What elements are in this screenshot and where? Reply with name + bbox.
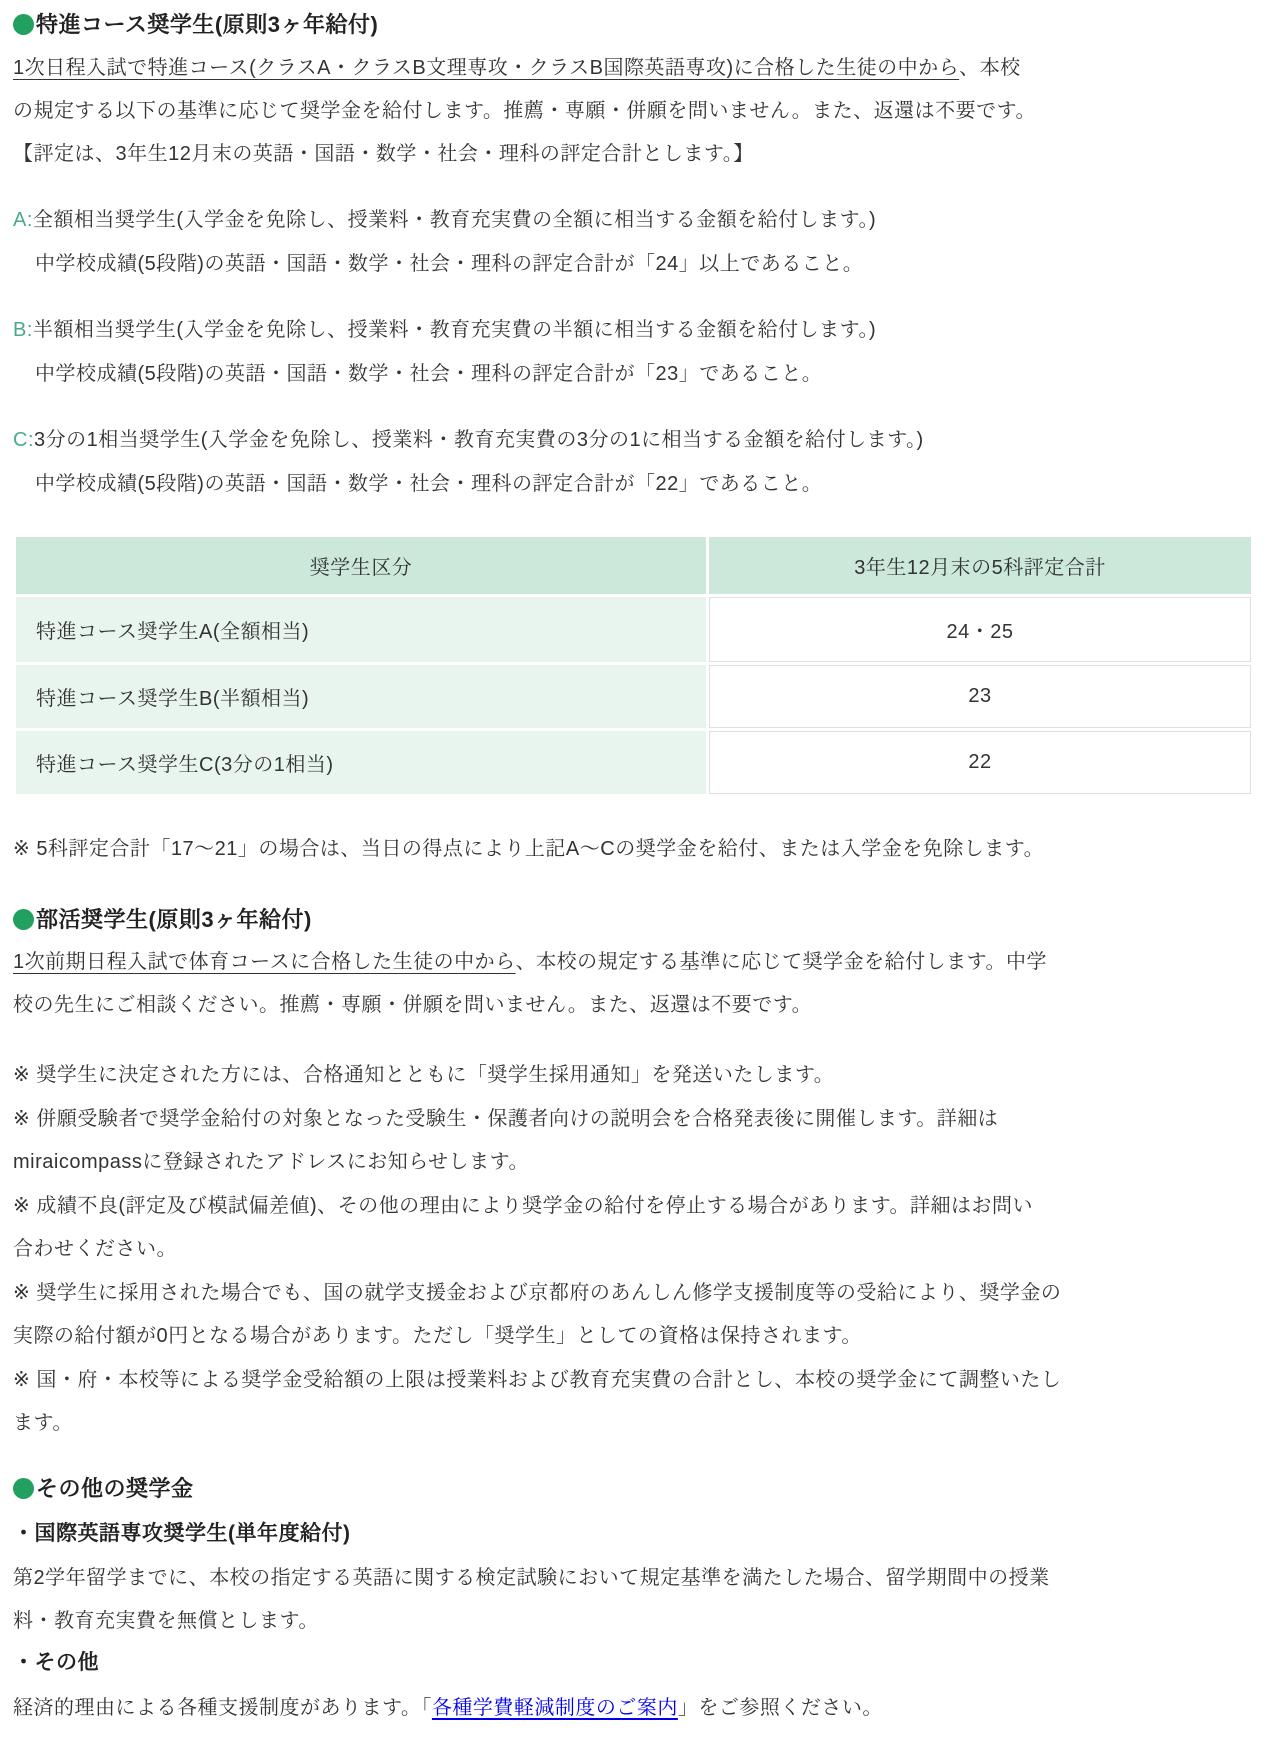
tier-a-letter: A: bbox=[13, 209, 33, 231]
table-cell-label-c: 特進コース奨学生C(3分の1相当) bbox=[16, 731, 706, 794]
other-heading-text: その他の奨学金 bbox=[36, 1476, 194, 1501]
tier-c-letter: C: bbox=[13, 429, 34, 451]
final-text-after: 」をご参照ください。 bbox=[678, 1697, 883, 1719]
tier-a-line1: 全額相当奨学生(入学金を免除し、授業料・教育充実費の全額に相当する金額を給付しま… bbox=[33, 209, 876, 231]
table-row: 特進コース奨学生A(全額相当) 24・25 bbox=[16, 597, 1251, 662]
tokushin-intro-line3: 【評定は、3年生12月末の英語・国語・数学・社会・理科の評定合計とします。】 bbox=[13, 143, 754, 165]
green-bullet-icon bbox=[13, 1478, 34, 1499]
table-cell-value-c: 22 bbox=[709, 731, 1251, 794]
note-item: ※ 成績不良(評定及び模試偏差値)、その他の理由により奨学金の給付を停止する場合… bbox=[13, 1185, 1254, 1272]
buka-intro-rest: 、本校の規定する基準に応じて奨学金を給付します。中学 bbox=[516, 951, 1047, 973]
subsection-title-other: ・その他 bbox=[13, 1649, 1254, 1677]
note-item: ※ 奨学生に決定された方には、合格通知とともに「奨学生採用通知」を発送いたします… bbox=[13, 1054, 1254, 1098]
note-item: ※ 国・府・本校等による奨学金受給額の上限は授業料および教育充実費の合計とし、本… bbox=[13, 1359, 1254, 1446]
tokushin-intro-line2: の規定する以下の基準に応じて奨学金を給付します。推薦・専願・併願を問いません。ま… bbox=[13, 100, 1036, 122]
table-row: 特進コース奨学生C(3分の1相当) 22 bbox=[16, 731, 1251, 794]
tier-b-line2: 中学校成績(5段階)の英語・国語・数学・社会・理科の評定合計が「23」であること… bbox=[13, 363, 822, 385]
tier-a-line2: 中学校成績(5段階)の英語・国語・数学・社会・理科の評定合計が「24」以上である… bbox=[13, 253, 863, 275]
table-header-score: 3年生12月末の5科評定合計 bbox=[709, 537, 1251, 594]
scholarship-table: 奨学生区分 3年生12月末の5科評定合計 特進コース奨学生A(全額相当) 24・… bbox=[13, 534, 1254, 797]
financial-support-line: 経済的理由による各種支援制度があります。「各種学費軽減制度のご案内」をご参照くだ… bbox=[13, 1687, 1254, 1730]
tier-c-line2: 中学校成績(5段階)の英語・国語・数学・社会・理科の評定合計が「22」であること… bbox=[13, 473, 822, 495]
table-row: 特進コース奨学生B(半額相当) 23 bbox=[16, 665, 1251, 728]
tier-b-letter: B: bbox=[13, 319, 33, 341]
fee-reduction-link[interactable]: 各種学費軽減制度のご案内 bbox=[432, 1697, 678, 1719]
tokushin-heading-text: 特進コース奨学生(原則3ヶ年給付) bbox=[36, 12, 378, 37]
subsection-title-intl-english: ・国際英語専攻奨学生(単年度給付) bbox=[13, 1520, 1254, 1548]
table-header-category: 奨学生区分 bbox=[16, 537, 706, 594]
buka-intro-line2: 校の先生にご相談ください。推薦・専願・併願を問いません。また、返還は不要です。 bbox=[13, 994, 812, 1016]
buka-intro-underlined: 1次前期日程入試で体育コースに合格した生徒の中から bbox=[13, 951, 516, 973]
buka-heading-text: 部活奨学生(原則3ヶ年給付) bbox=[36, 907, 312, 932]
tokushin-section-heading: 特進コース奨学生(原則3ヶ年給付) bbox=[13, 10, 1254, 40]
tier-b: B:半額相当奨学生(入学金を免除し、授業料・教育充実費の半額に相当する金額を給付… bbox=[13, 308, 1254, 396]
tokushin-intro-paragraph: 1次日程入試で特進コース(クラスA・クラスB文理専攻・クラスB国際英語専攻)に合… bbox=[13, 47, 1254, 176]
final-text-before: 経済的理由による各種支援制度があります。「 bbox=[13, 1697, 432, 1719]
intl-english-body: 第2学年留学までに、本校の指定する英語に関する検定試験において規定基準を満たした… bbox=[13, 1557, 1254, 1643]
table-cell-label-a: 特進コース奨学生A(全額相当) bbox=[16, 597, 706, 662]
scholarship-info-page: 特進コース奨学生(原則3ヶ年給付) 1次日程入試で特進コース(クラスA・クラスB… bbox=[0, 0, 1280, 1744]
score-range-note: ※ 5科評定合計「17〜21」の場合は、当日の得点により上記A〜Cの奨学金を給付… bbox=[13, 835, 1254, 863]
table-cell-value-b: 23 bbox=[709, 665, 1251, 728]
tier-c-line1: 3分の1相当奨学生(入学金を免除し、授業料・教育充実費の3分の1に相当する金額を… bbox=[34, 429, 924, 451]
tokushin-intro-underlined: 1次日程入試で特進コース(クラスA・クラスB文理専攻・クラスB国際英語専攻)に合… bbox=[13, 57, 959, 79]
notes-list: ※ 奨学生に決定された方には、合格通知とともに「奨学生採用通知」を発送いたします… bbox=[13, 1054, 1254, 1446]
tier-c: C:3分の1相当奨学生(入学金を免除し、授業料・教育充実費の3分の1に相当する金… bbox=[13, 418, 1254, 506]
note-item: ※ 奨学生に採用された場合でも、国の就学支援金および京都府のあんしん修学支援制度… bbox=[13, 1272, 1254, 1359]
buka-intro-paragraph: 1次前期日程入試で体育コースに合格した生徒の中から、本校の規定する基準に応じて奨… bbox=[13, 941, 1254, 1027]
tokushin-intro-rest: 、本校 bbox=[959, 57, 1021, 79]
table-header-row: 奨学生区分 3年生12月末の5科評定合計 bbox=[16, 537, 1251, 594]
tier-a: A:全額相当奨学生(入学金を免除し、授業料・教育充実費の全額に相当する金額を給付… bbox=[13, 198, 1254, 286]
green-bullet-icon bbox=[13, 14, 34, 35]
table-cell-value-a: 24・25 bbox=[709, 597, 1251, 662]
buka-section-heading: 部活奨学生(原則3ヶ年給付) bbox=[13, 905, 1254, 935]
tier-b-line1: 半額相当奨学生(入学金を免除し、授業料・教育充実費の半額に相当する金額を給付しま… bbox=[33, 319, 876, 341]
green-bullet-icon bbox=[13, 909, 34, 930]
note-item: ※ 併願受験者で奨学金給付の対象となった受験生・保護者向けの説明会を合格発表後に… bbox=[13, 1098, 1254, 1185]
other-section-heading: その他の奨学金 bbox=[13, 1474, 1254, 1504]
table-cell-label-b: 特進コース奨学生B(半額相当) bbox=[16, 665, 706, 728]
